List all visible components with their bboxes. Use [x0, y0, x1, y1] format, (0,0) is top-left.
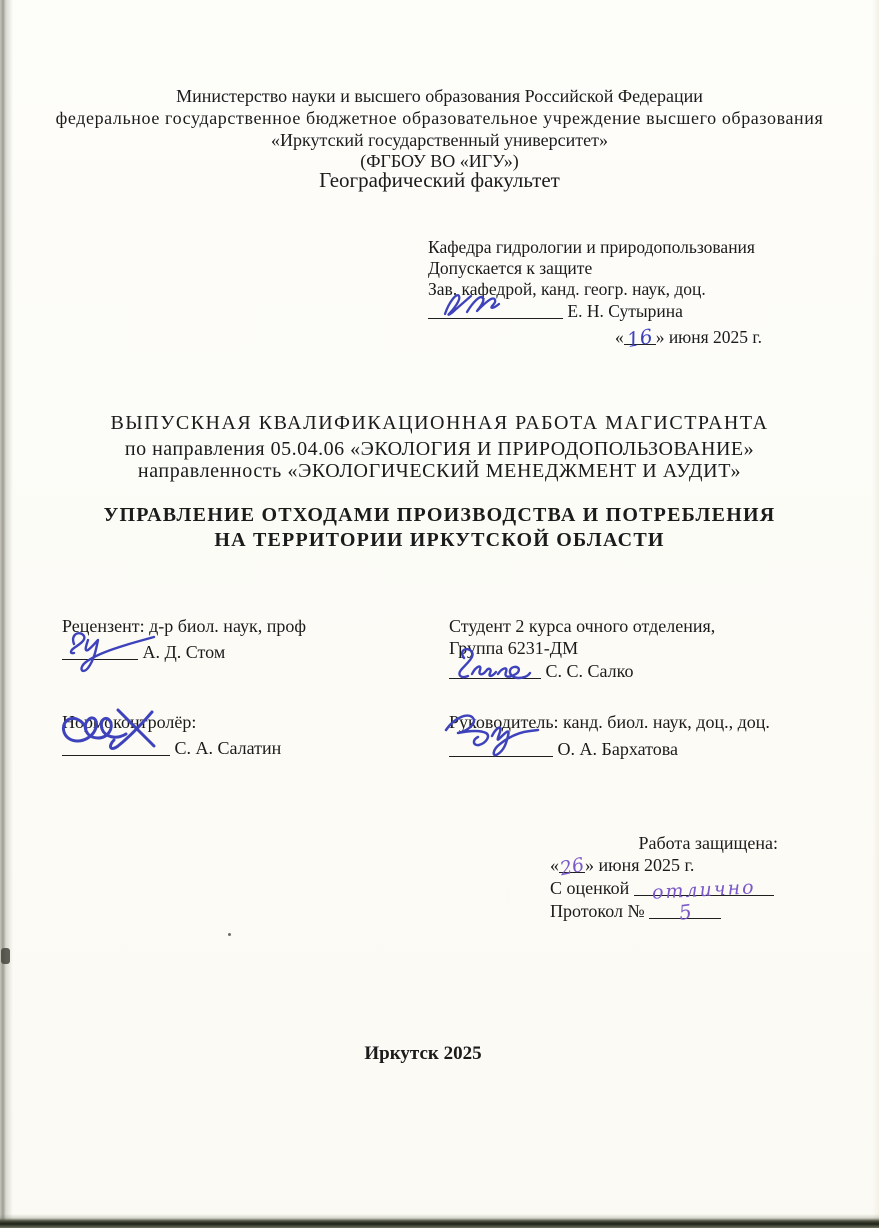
- supervisor-name: О. А. Бархатова: [558, 739, 679, 759]
- approval-signature-line: Е. Н. Сутырина: [428, 300, 683, 322]
- student-group: Группа 6231-ДМ: [449, 637, 578, 659]
- defense-date-rest: » июня 2025 г.: [585, 855, 694, 875]
- student-signature-line: С. С. Салко: [449, 660, 633, 682]
- defense-date-line: «26» июня 2025 г.: [550, 854, 694, 876]
- supervisor-role: Руководитель: канд. биол. наук, доц., до…: [449, 711, 770, 733]
- defense-protocol-label: Протокол №: [550, 901, 645, 921]
- footer-city-year: Иркутск 2025: [0, 1043, 846, 1065]
- defense-date-slot: 26: [559, 856, 585, 873]
- reviewer-role: Рецензент: д-р биол. наук, проф: [62, 615, 306, 637]
- approval-head-name: Е. Н. Сутырина: [567, 301, 682, 321]
- signature-line: [62, 741, 170, 756]
- approval-head-role: Зав. кафедрой, канд. геогр. наук, доц.: [428, 278, 706, 300]
- approval-date-open: «: [615, 327, 624, 347]
- defense-grade-handwritten: отлично: [652, 880, 756, 899]
- scan-ink-blot: [1, 948, 10, 964]
- qualification-line-1: ВЫПУСКНАЯ КВАЛИФИКАЦИОННАЯ РАБОТА МАГИСТ…: [0, 411, 879, 435]
- thesis-title-line-2: НА ТЕРРИТОРИИ ИРКУТСКОЙ ОБЛАСТИ: [0, 528, 879, 552]
- approval-date-rest: » июня 2025 г.: [656, 327, 762, 347]
- defense-heading: Работа защищена:: [550, 832, 778, 854]
- defense-grade-line: С оценкой отлично: [550, 877, 774, 899]
- header-university: «Иркутский государственный университет»: [0, 129, 879, 151]
- defense-protocol-line: Протокол № 5: [550, 900, 721, 922]
- normcontrol-role: Нормоконтролёр:: [62, 711, 196, 733]
- defense-grade-slot: отлично: [634, 879, 774, 896]
- header-faculty: Географический факультет: [0, 168, 879, 192]
- qualification-line-3: направленность «ЭКОЛОГИЧЕСКИЙ МЕНЕДЖМЕНТ…: [0, 459, 879, 483]
- signature-line: [428, 304, 563, 319]
- defense-date-day-handwritten: 26: [559, 858, 586, 877]
- header-institution: федеральное государственное бюджетное об…: [0, 107, 879, 129]
- qualification-line-2: по направления 05.04.06 «ЭКОЛОГИЯ И ПРИР…: [0, 437, 879, 461]
- approval-department: Кафедра гидрологии и природопользования: [428, 236, 755, 258]
- defense-protocol-number-handwritten: 5: [678, 904, 693, 920]
- signature-line: [449, 742, 553, 757]
- reviewer-signature-line: А. Д. Стом: [62, 641, 225, 663]
- normcontrol-name: С. А. Салатин: [175, 738, 282, 758]
- approval-admission: Допускается к защите: [428, 257, 592, 279]
- student-role-line-1: Студент 2 курса очного отделения,: [449, 615, 715, 637]
- header-ministry: Министерство науки и высшего образования…: [0, 85, 879, 107]
- scan-dust-speck: [228, 933, 231, 936]
- scan-edge-bottom: [0, 1214, 879, 1228]
- approval-date-slot: 16: [624, 328, 656, 345]
- approval-date-day-handwritten: 16: [626, 329, 653, 347]
- defense-protocol-slot: 5: [649, 902, 721, 919]
- defense-grade-label: С оценкой: [550, 878, 629, 898]
- signature-line: [62, 645, 138, 660]
- signature-line: [449, 664, 541, 679]
- reviewer-name: А. Д. Стом: [143, 642, 226, 662]
- thesis-title-line-1: УПРАВЛЕНИЕ ОТХОДАМИ ПРОИЗВОДСТВА И ПОТРЕ…: [0, 503, 879, 527]
- thesis-title-page: Министерство науки и высшего образования…: [0, 0, 879, 1228]
- student-name: С. С. Салко: [546, 661, 634, 681]
- normcontrol-signature-line: С. А. Салатин: [62, 737, 281, 759]
- approval-date-line: «16» июня 2025 г.: [428, 326, 762, 348]
- supervisor-signature-line: О. А. Бархатова: [449, 738, 678, 760]
